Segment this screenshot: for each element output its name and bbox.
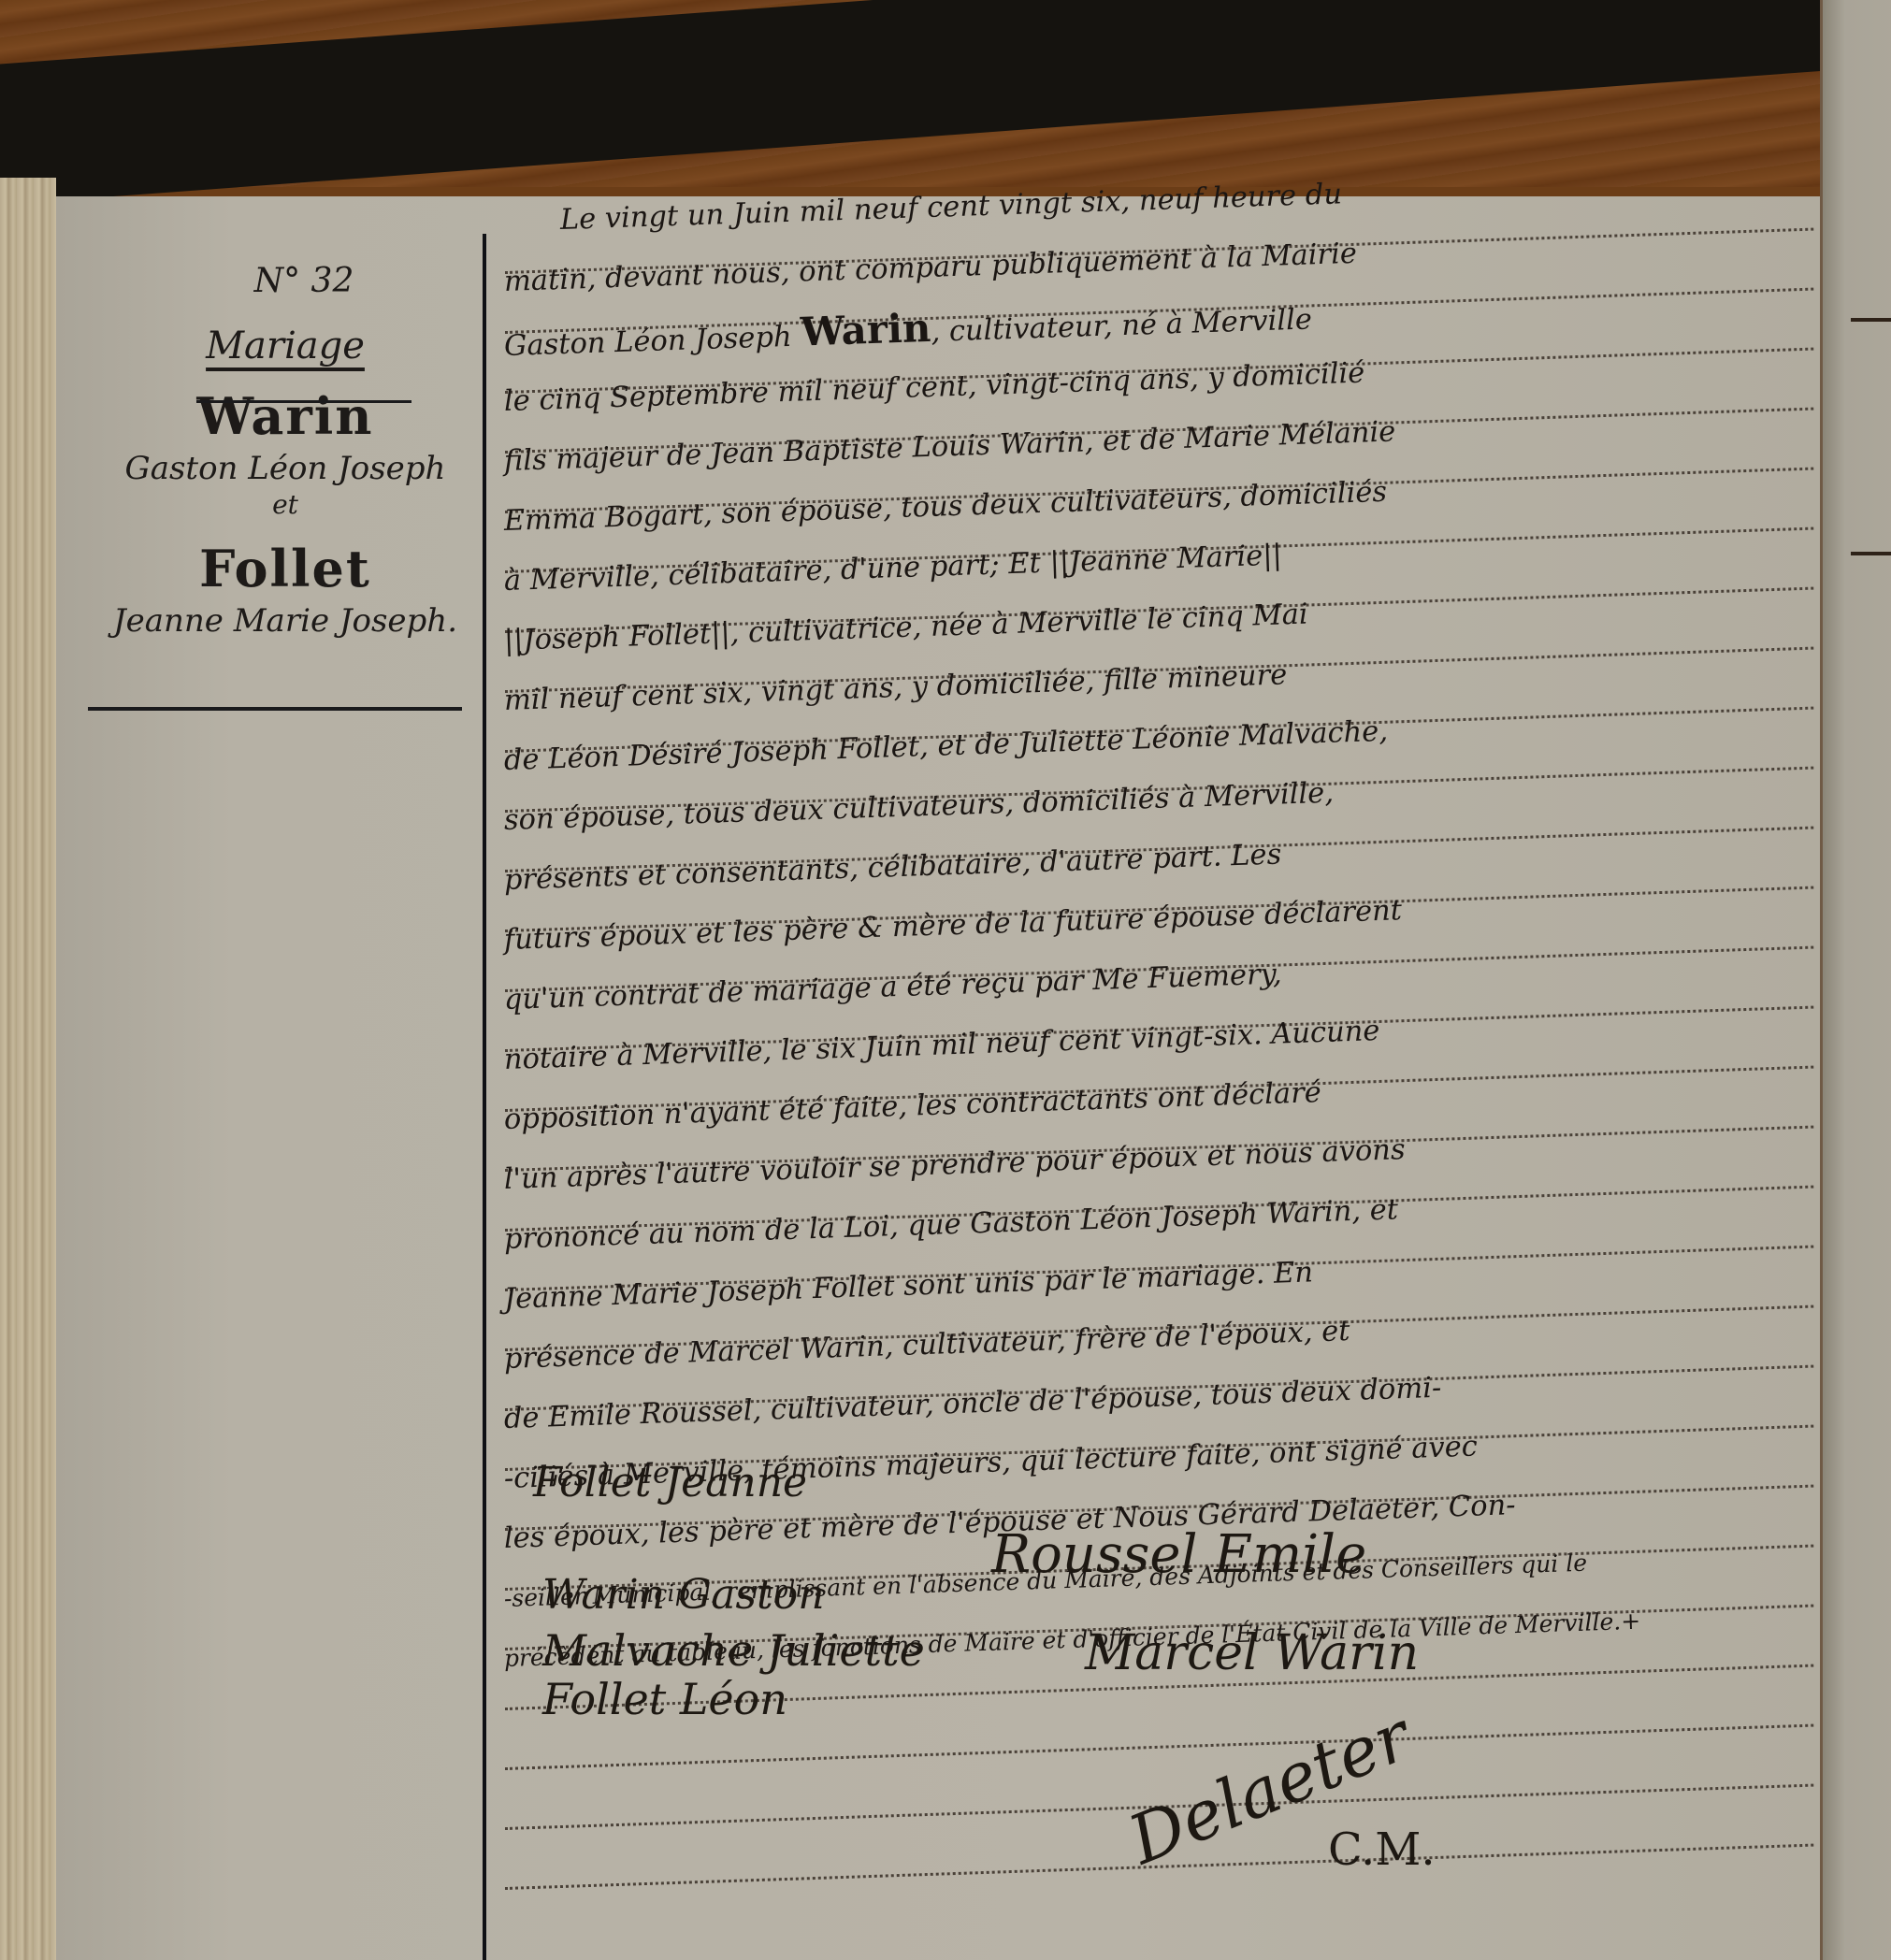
groom-surname: Warin <box>103 386 468 446</box>
margin-bottom-rule <box>88 707 462 711</box>
adjacent-page-edge <box>1820 0 1891 1960</box>
bride-given-names: Jeanne Marie Joseph. <box>103 602 468 640</box>
signature-witness-roussel: Roussel Emile <box>991 1524 1366 1585</box>
act-type: Mariage <box>103 324 468 367</box>
margin-annotation: N° 32 Mariage Warin Gaston Léon Joseph e… <box>103 262 468 640</box>
margin-divider-line <box>483 234 486 1960</box>
adjacent-page-mark <box>1851 318 1891 322</box>
officer-initials: C.M. <box>1328 1823 1436 1876</box>
signature-bride: Follet Jeanne <box>533 1459 807 1506</box>
text-fragment: , cultivateur, né à Merville <box>931 303 1312 348</box>
bride-surname: Follet <box>103 539 468 598</box>
page-stack-edge <box>0 178 56 1960</box>
signature-bride-father: Follet Léon <box>542 1674 787 1724</box>
signature-groom: Warin Gaston <box>542 1571 825 1619</box>
adjacent-page-mark <box>1851 552 1891 555</box>
signature-bride-mother: Malvache Juliette <box>542 1625 925 1676</box>
groom-given-names-inline: Gaston Léon Joseph <box>504 321 801 364</box>
entry-number: N° 32 <box>140 262 468 300</box>
conjunction: et <box>103 489 468 520</box>
groom-given-names: Gaston Léon Joseph <box>103 450 468 487</box>
signature-block: Follet Jeanne Roussel Emile Warin Gaston… <box>505 1459 1814 1945</box>
title-underline <box>196 400 411 403</box>
groom-surname-inline: Warin <box>800 305 931 355</box>
signature-witness-marcel-warin: Marcel Warin <box>1085 1625 1419 1681</box>
